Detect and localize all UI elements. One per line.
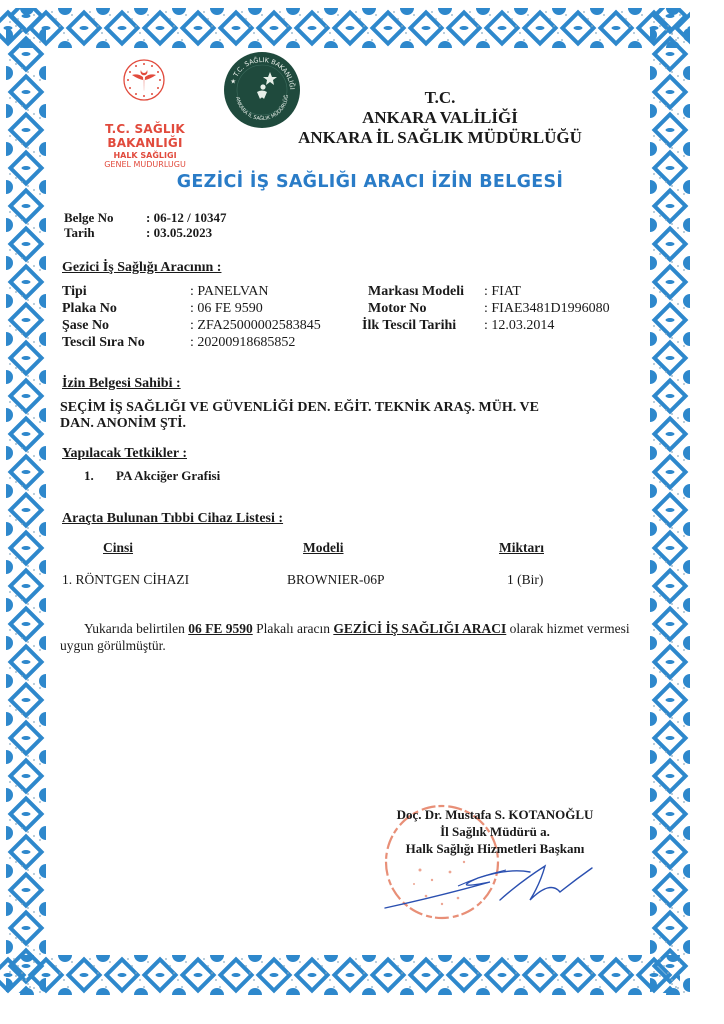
document-meta: Belge No : 06-12 / 10347 Tarih : 03.05.2… xyxy=(64,210,227,240)
approval-statement: Yukarıda belirtilen 06 FE 9590 Plakalı a… xyxy=(60,620,630,654)
signatory-title: İl Sağlık Müdürü a. xyxy=(370,823,620,840)
exam-number: 1. xyxy=(84,468,116,484)
device-quantity-cell: 1 (Bir) xyxy=(507,572,543,588)
meta-label: Belge No xyxy=(64,210,146,225)
field-label: Motor No xyxy=(368,300,484,317)
field-label: Şase No xyxy=(62,317,190,334)
field-label: Plaka No xyxy=(62,300,190,317)
field-value: : ZFA25000002583845 xyxy=(190,317,321,334)
header-line-3: ANKARA İL SAĞLIK MÜDÜRLÜĞÜ xyxy=(280,128,600,148)
vehicle-row-plate: Plaka No: 06 FE 9590 xyxy=(62,300,321,317)
header-line-1: T.C. xyxy=(280,88,600,108)
column-header-quantity: Miktarı xyxy=(499,540,544,556)
device-type-cell: 1. RÖNTGEN CİHAZI xyxy=(62,572,189,588)
ministry-name: T.C. SAĞLIK BAKANLIĞI xyxy=(70,122,220,150)
statement-vehicle-type: GEZİCİ İŞ SAĞLIĞI ARACI xyxy=(333,621,506,636)
exam-name: PA Akciğer Grafisi xyxy=(116,468,220,483)
meta-value: : 06-12 / 10347 xyxy=(146,210,227,225)
vehicle-row-registration: Tescil Sıra No: 20200918685852 xyxy=(62,334,321,351)
field-label: Tescil Sıra No xyxy=(62,334,190,351)
devices-section-heading: Araçta Bulunan Tıbbi Cihaz Listesi : xyxy=(62,511,283,527)
ministry-department: HALK SAĞLIGI xyxy=(70,151,220,160)
vehicle-details-right: Markası Modeli: FIAT Motor No: FIAE3481D… xyxy=(362,283,610,334)
document-title: GEZİCİ İŞ SAĞLIĞI ARACI İZİN BELGESİ xyxy=(90,172,650,192)
permit-holder: SEÇİM İŞ SAĞLIĞI VE GÜVENLİĞİ DEN. EĞİT.… xyxy=(60,400,620,432)
field-label: Tipi xyxy=(62,283,190,300)
decorative-border-top xyxy=(0,8,690,48)
field-value: : FIAT xyxy=(484,283,521,300)
statement-text: Plakalı aracın xyxy=(253,621,334,636)
decorative-border-right xyxy=(650,8,690,993)
device-model-cell: BROWNIER-06P xyxy=(287,572,385,588)
signature-icon xyxy=(380,850,600,920)
decorative-border-left xyxy=(6,8,46,993)
header-line-2: ANKARA VALİLİĞİ xyxy=(280,108,600,128)
exams-section-heading: Yapılacak Tetkikler : xyxy=(62,446,187,462)
vehicle-row-engine: Motor No: FIAE3481D1996080 xyxy=(362,300,610,317)
column-header-model: Modeli xyxy=(303,540,344,556)
decorative-border-bottom xyxy=(0,955,680,995)
field-value: : PANELVAN xyxy=(190,283,268,300)
signatory-name: Doç. Dr. Mustafa S. KOTANOĞLU xyxy=(370,806,620,823)
field-value: : 20200918685852 xyxy=(190,334,295,351)
meta-row-document-number: Belge No : 06-12 / 10347 xyxy=(64,210,227,225)
vehicle-row-chassis: Şase No: ZFA25000002583845 xyxy=(62,317,321,334)
ministry-logo-text: T.C. SAĞLIK BAKANLIĞI HALK SAĞLIGI GENEL… xyxy=(70,122,220,169)
field-label: Markası Modeli xyxy=(368,283,484,300)
statement-plate: 06 FE 9590 xyxy=(188,621,253,636)
signatory-block: Doç. Dr. Mustafa S. KOTANOĞLU İl Sağlık … xyxy=(370,806,620,857)
field-label: İlk Tescil Tarihi xyxy=(362,317,484,334)
statement-text: Yukarıda belirtilen xyxy=(84,621,188,636)
exam-item: 1.PA Akciğer Grafisi xyxy=(84,468,220,484)
vehicle-row-first-registration: İlk Tescil Tarihi: 12.03.2014 xyxy=(362,317,610,334)
field-value: : 12.03.2014 xyxy=(484,317,554,334)
column-header-type: Cinsi xyxy=(103,540,133,556)
vehicle-row-type: Tipi: PANELVAN xyxy=(62,283,321,300)
field-value: : FIAE3481D1996080 xyxy=(484,300,610,317)
field-value: : 06 FE 9590 xyxy=(190,300,263,317)
vehicle-section-heading: Gezici İş Sağlığı Aracının : xyxy=(62,260,221,276)
owner-line-1: SEÇİM İŞ SAĞLIĞI VE GÜVENLİĞİ DEN. EĞİT.… xyxy=(60,400,620,416)
ministry-directorate: GENEL MUDURLUGU xyxy=(70,160,220,169)
meta-row-date: Tarih : 03.05.2023 xyxy=(64,225,227,240)
meta-value: : 03.05.2023 xyxy=(146,225,212,240)
signatory-position: Halk Sağlığı Hizmetleri Başkanı xyxy=(370,840,620,857)
vehicle-details-left: Tipi: PANELVAN Plaka No: 06 FE 9590 Şase… xyxy=(62,283,321,351)
vehicle-row-brand: Markası Modeli: FIAT xyxy=(362,283,610,300)
owner-line-2: DAN. ANONİM ŞTİ. xyxy=(60,416,620,432)
owner-section-heading: İzin Belgesi Sahibi : xyxy=(62,376,181,392)
ministry-emblem-icon xyxy=(122,58,166,102)
meta-label: Tarih xyxy=(64,225,146,240)
issuing-authority: T.C. ANKARA VALİLİĞİ ANKARA İL SAĞLIK MÜ… xyxy=(280,88,600,148)
